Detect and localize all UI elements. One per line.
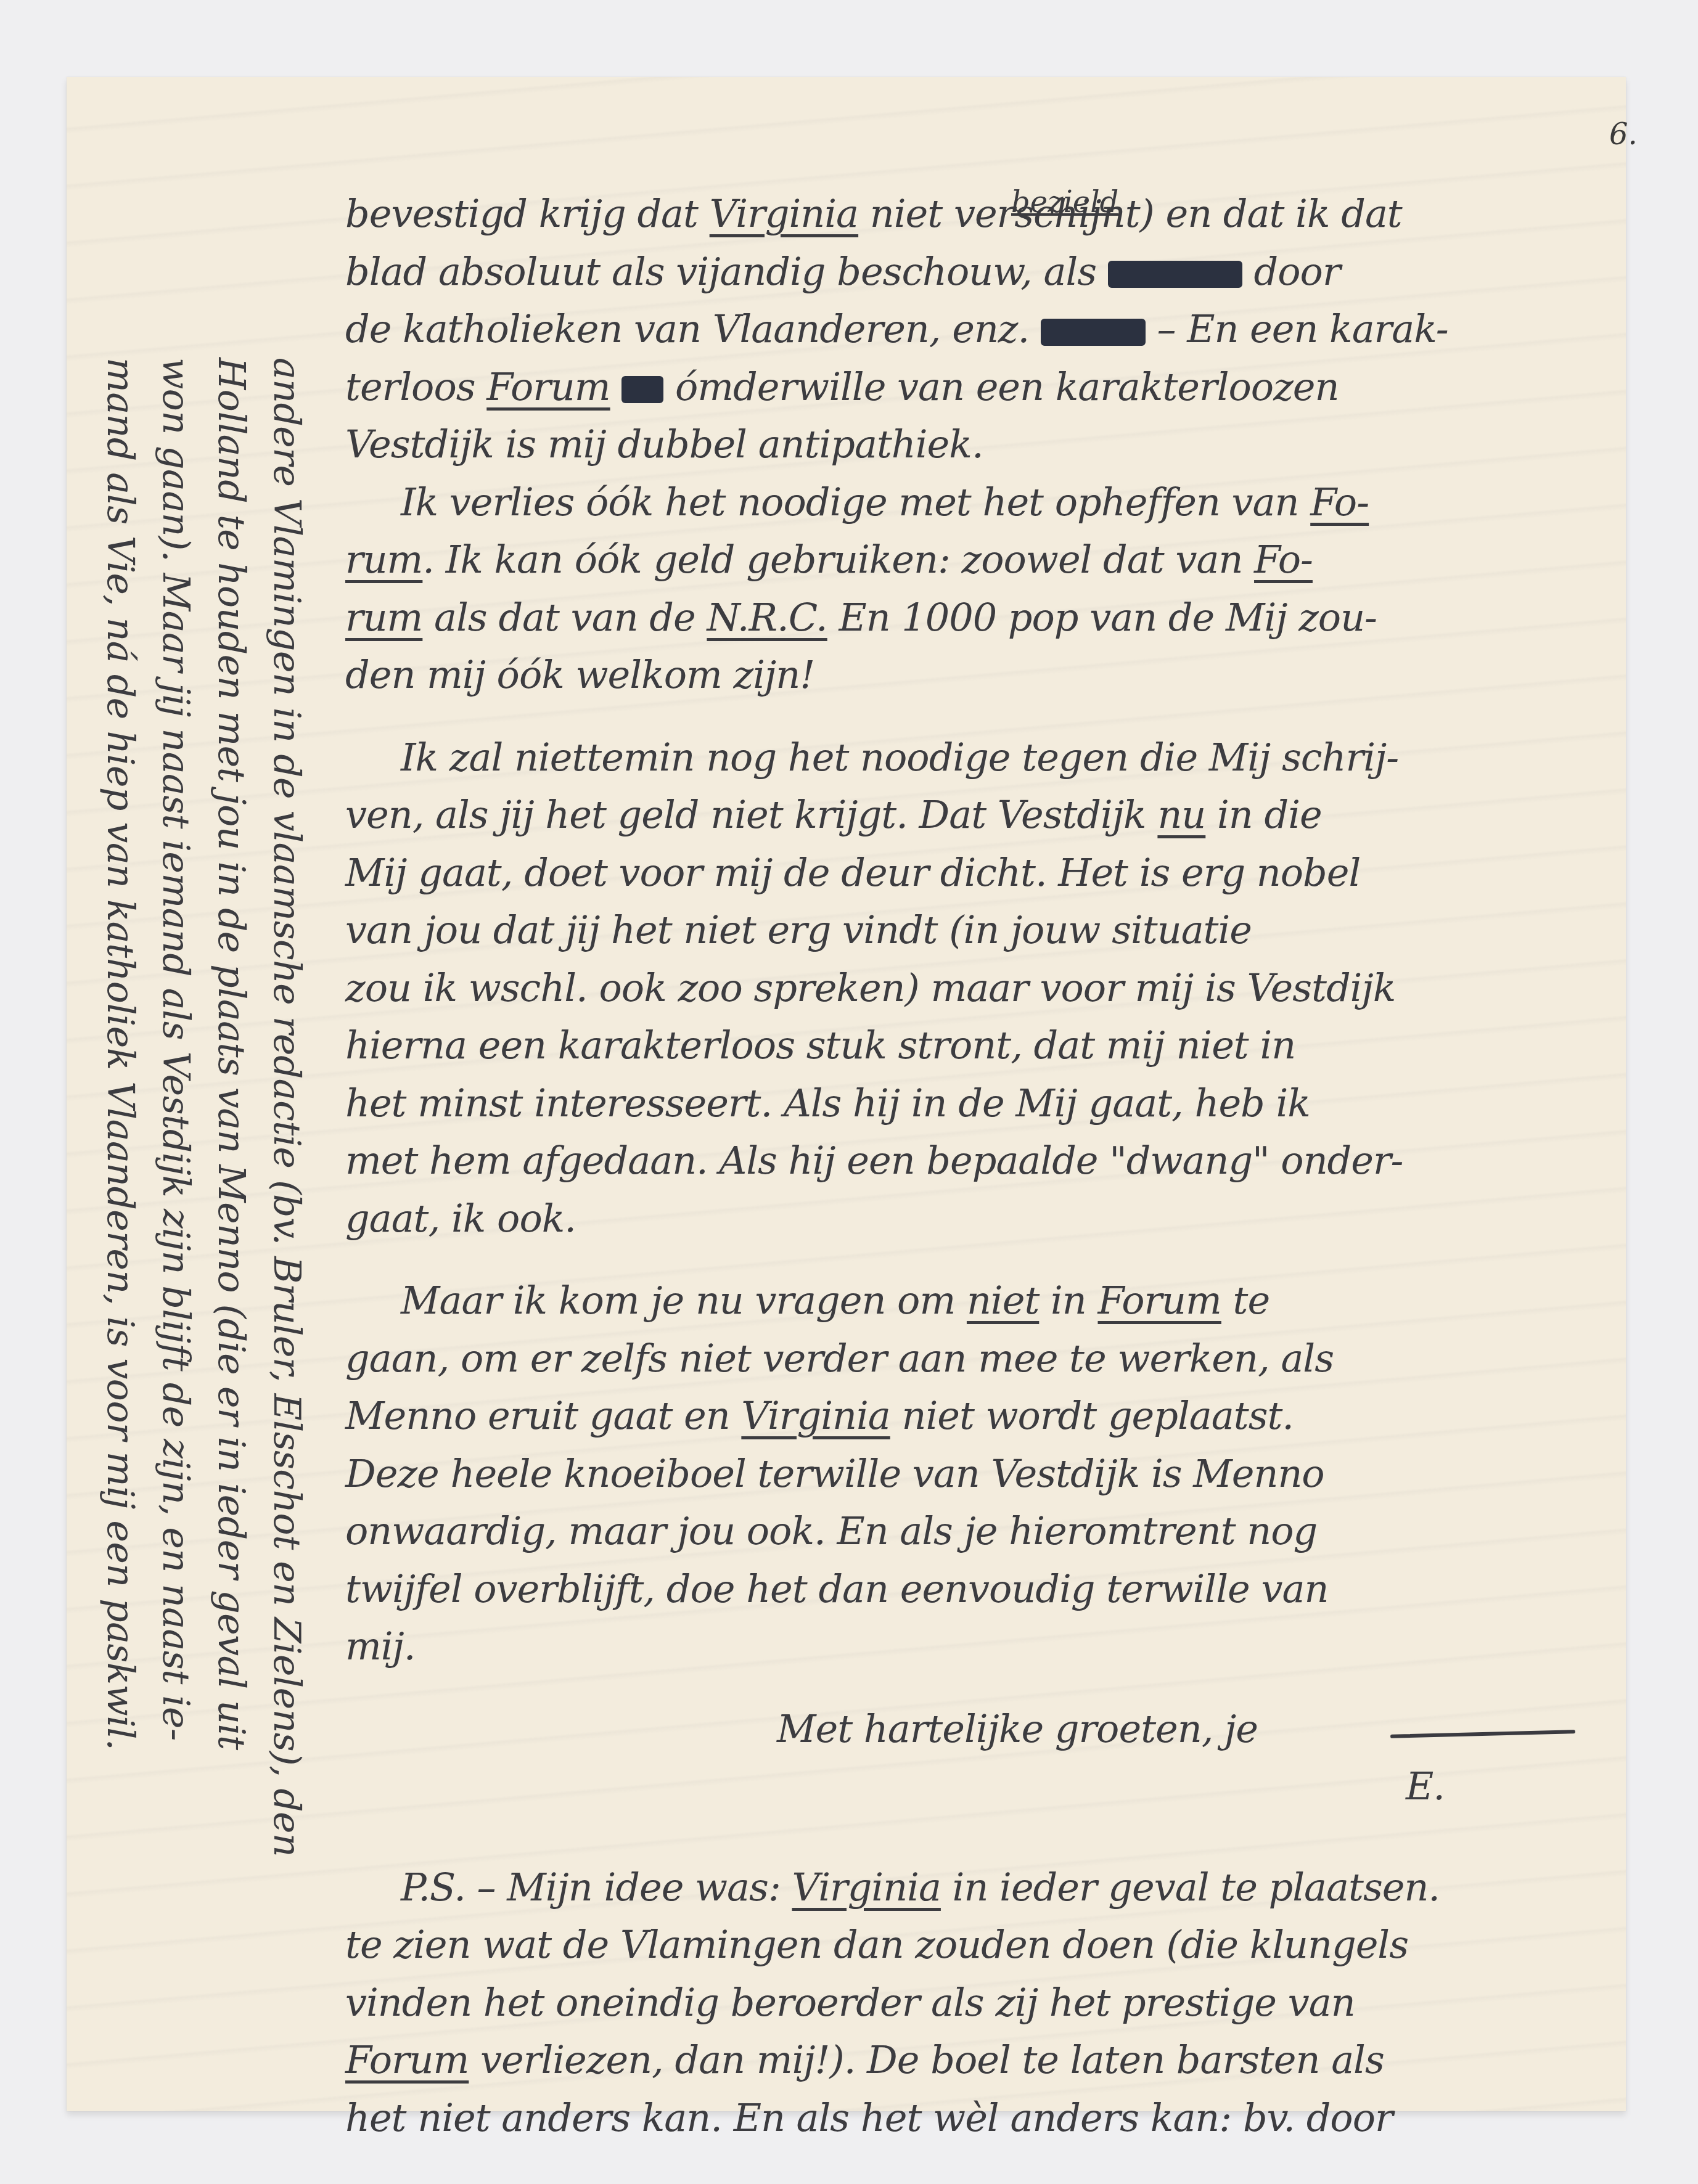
text-run: Ik zal niettemin nog het noodige tegen d… bbox=[401, 735, 1398, 780]
underlined-text: niet bbox=[967, 1278, 1039, 1323]
text-run: van jou dat jij het niet erg vindt (in j… bbox=[345, 907, 1252, 952]
text-run: Maar ik kom je nu vragen om bbox=[401, 1278, 967, 1323]
text-run: blad absoluut als vijandig beschouw, als bbox=[345, 249, 1108, 294]
text-line: Forum verliezen, dan mij!). De boel te l… bbox=[345, 2031, 1628, 2089]
struck-out-text: xxxxx bbox=[1041, 319, 1146, 346]
text-run: het minst interesseert. Als hij in de Mi… bbox=[345, 1081, 1310, 1126]
text-run: niet wordt geplaatst. bbox=[890, 1393, 1294, 1438]
text-run: Ik verlies óók het noodige met het ophef… bbox=[401, 480, 1310, 525]
text-run: den mij óók welkom zijn! bbox=[345, 652, 814, 697]
text-line: terloos Forum xx ómderwille van een kara… bbox=[345, 358, 1628, 416]
letter-body: bevestigd krijg dat Virginia niet versch… bbox=[345, 185, 1628, 2146]
text-line: te zien wat de Vlamingen dan zouden doen… bbox=[345, 1916, 1628, 1974]
underlined-text: rum bbox=[345, 537, 422, 582]
text-run: door bbox=[1242, 249, 1340, 294]
text-run: in bbox=[1039, 1278, 1097, 1323]
paragraph-gap bbox=[345, 1815, 1628, 1859]
text-run: het niet anders kan. En als het wèl ande… bbox=[345, 2095, 1393, 2140]
text-run: gaat, ik ook. bbox=[345, 1196, 576, 1241]
text-run: niet verschijnt) en dat ik dat bbox=[858, 191, 1402, 236]
text-line: zou ik wschl. ook zoo spreken) maar voor… bbox=[345, 959, 1628, 1017]
underlined-text: nu bbox=[1157, 792, 1205, 837]
text-line: blad absoluut als vijandig beschouw, als… bbox=[345, 243, 1628, 301]
text-line: rum als dat van de N.R.C. En 1000 pop va… bbox=[345, 589, 1628, 647]
text-line: hierna een karakterloos stuk stront, dat… bbox=[345, 1016, 1628, 1074]
text-run: te bbox=[1221, 1278, 1269, 1323]
closing-salutation: Met hartelijke groeten, je bbox=[345, 1700, 1628, 1758]
underlined-text: N.R.C. bbox=[707, 595, 827, 640]
text-line: bevestigd krijg dat Virginia niet versch… bbox=[345, 185, 1628, 243]
text-run: bevestigd krijg dat bbox=[345, 191, 710, 236]
text-line: P.S. – Mijn idee was: Virginia in ieder … bbox=[345, 1859, 1628, 1916]
text-line: onwaardig, maar jou ook. En als je hiero… bbox=[345, 1502, 1628, 1560]
text-run: Deze heele knoeiboel terwille van Vestdi… bbox=[345, 1451, 1324, 1496]
text-line: Ik verlies óók het noodige met het ophef… bbox=[345, 473, 1628, 531]
text-line: Maar ik kom je nu vragen om niet in Foru… bbox=[345, 1272, 1628, 1330]
text-line: van jou dat jij het niet erg vindt (in j… bbox=[345, 901, 1628, 959]
text-run: te zien wat de Vlamingen dan zouden doen… bbox=[345, 1922, 1408, 1967]
text-run: twijfel overblijft, doe het dan eenvoudi… bbox=[345, 1566, 1328, 1611]
text-line: het niet anders kan. En als het wèl ande… bbox=[345, 2089, 1628, 2147]
text-line: de katholieken van Vlaanderen, enz. xxxx… bbox=[345, 300, 1628, 358]
struck-out-text: bezield bbox=[1108, 261, 1242, 288]
underlined-text: Virginia bbox=[741, 1393, 890, 1438]
text-run: onwaardig, maar jou ook. En als je hiero… bbox=[345, 1508, 1317, 1553]
text-run: verliezen, dan mij!). De boel te laten b… bbox=[469, 2037, 1384, 2082]
struck-out-text: xx bbox=[621, 376, 663, 403]
text-run: in ieder geval te plaatsen. bbox=[941, 1865, 1440, 1910]
text-run: hierna een karakterloos stuk stront, dat… bbox=[345, 1023, 1295, 1068]
text-line: rum. Ik kan óók geld gebruiken: zoowel d… bbox=[345, 531, 1628, 589]
text-run: vinden het oneindig beroerder als zij he… bbox=[345, 1980, 1355, 2025]
underlined-text: Forum bbox=[345, 2037, 469, 2082]
text-line: het minst interesseert. Als hij in de Mi… bbox=[345, 1074, 1628, 1132]
paragraph-2: Ik verlies óók het noodige met het ophef… bbox=[345, 473, 1628, 704]
paragraph-gap bbox=[345, 704, 1628, 729]
paragraph-4: Maar ik kom je nu vragen om niet in Foru… bbox=[345, 1272, 1628, 1675]
margin-note-line: Holland te houden met jou in de plaats v… bbox=[203, 358, 259, 2102]
margin-note-line: andere Vlamingen in de vlaamsche redacti… bbox=[259, 358, 314, 2102]
text-run: En 1000 pop van de Mij zou- bbox=[827, 595, 1377, 640]
paragraph-1: bevestigd krijg dat Virginia niet versch… bbox=[345, 185, 1628, 473]
text-run: Mij gaat, doet voor mij de deur dicht. H… bbox=[345, 850, 1360, 895]
text-line: gaan, om er zelfs niet verder aan mee te… bbox=[345, 1330, 1628, 1388]
page-number: 6. bbox=[1609, 117, 1638, 152]
text-run: de katholieken van Vlaanderen, enz. bbox=[345, 306, 1041, 351]
text-run bbox=[610, 364, 622, 409]
text-run: terloos bbox=[345, 364, 486, 409]
margin-note-line: mand als Vie, ná de hiep van katholiek V… bbox=[92, 358, 148, 2102]
underlined-text: Virginia bbox=[710, 191, 858, 236]
text-line: gaat, ik ook. bbox=[345, 1190, 1628, 1248]
text-run: met hem afgedaan. Als hij een bepaalde "… bbox=[345, 1138, 1403, 1183]
text-line: Vestdijk is mij dubbel antipathiek. bbox=[345, 415, 1628, 473]
text-run: Vestdijk is mij dubbel antipathiek. bbox=[345, 422, 983, 467]
text-run: ómderwille van een karakterloozen bbox=[663, 364, 1339, 409]
text-run: als dat van de bbox=[422, 595, 707, 640]
underlined-text: Forum bbox=[1098, 1278, 1221, 1323]
text-line: ven, als jij het geld niet krijgt. Dat V… bbox=[345, 786, 1628, 844]
text-line: Mij gaat, doet voor mij de deur dicht. H… bbox=[345, 844, 1628, 902]
underlined-text: Forum bbox=[486, 364, 610, 409]
text-line: vinden het oneindig beroerder als zij he… bbox=[345, 1974, 1628, 2032]
text-run: . Ik kan óók geld gebruiken: zoowel dat … bbox=[422, 537, 1254, 582]
text-line: mij. bbox=[345, 1618, 1628, 1675]
margin-note: andere Vlamingen in de vlaamsche redacti… bbox=[92, 358, 314, 2102]
text-line: Deze heele knoeiboel terwille van Vestdi… bbox=[345, 1445, 1628, 1503]
text-line: Menno eruit gaat en Virginia niet wordt … bbox=[345, 1387, 1628, 1445]
underlined-text: Fo- bbox=[1254, 537, 1313, 582]
postscript: P.S. – Mijn idee was: Virginia in ieder … bbox=[345, 1859, 1628, 2147]
text-run: in die bbox=[1205, 792, 1321, 837]
text-run: ven, als jij het geld niet krijgt. Dat V… bbox=[345, 792, 1157, 837]
text-line: met hem afgedaan. Als hij een bepaalde "… bbox=[345, 1132, 1628, 1190]
text-run: gaan, om er zelfs niet verder aan mee te… bbox=[345, 1336, 1334, 1381]
paragraph-gap bbox=[345, 1675, 1628, 1700]
text-run: Menno eruit gaat en bbox=[345, 1393, 741, 1438]
text-line: den mij óók welkom zijn! bbox=[345, 646, 1628, 704]
paragraph-gap bbox=[345, 1247, 1628, 1272]
text-run: mij. bbox=[345, 1624, 416, 1669]
signature: E. bbox=[345, 1757, 1628, 1815]
text-run: zou ik wschl. ook zoo spreken) maar voor… bbox=[345, 965, 1395, 1010]
text-run: – En een karak- bbox=[1146, 306, 1448, 351]
text-run: P.S. – Mijn idee was: bbox=[401, 1865, 792, 1910]
underlined-text: rum bbox=[345, 595, 422, 640]
margin-note-line: won gaan). Maar jij naast iemand als Ves… bbox=[148, 358, 203, 2102]
text-line: Ik zal niettemin nog het noodige tegen d… bbox=[345, 729, 1628, 787]
text-line: twijfel overblijft, doe het dan eenvoudi… bbox=[345, 1560, 1628, 1618]
underlined-text: Virginia bbox=[792, 1865, 940, 1910]
paragraph-3: Ik zal niettemin nog het noodige tegen d… bbox=[345, 729, 1628, 1248]
underlined-text: Fo- bbox=[1310, 480, 1369, 525]
